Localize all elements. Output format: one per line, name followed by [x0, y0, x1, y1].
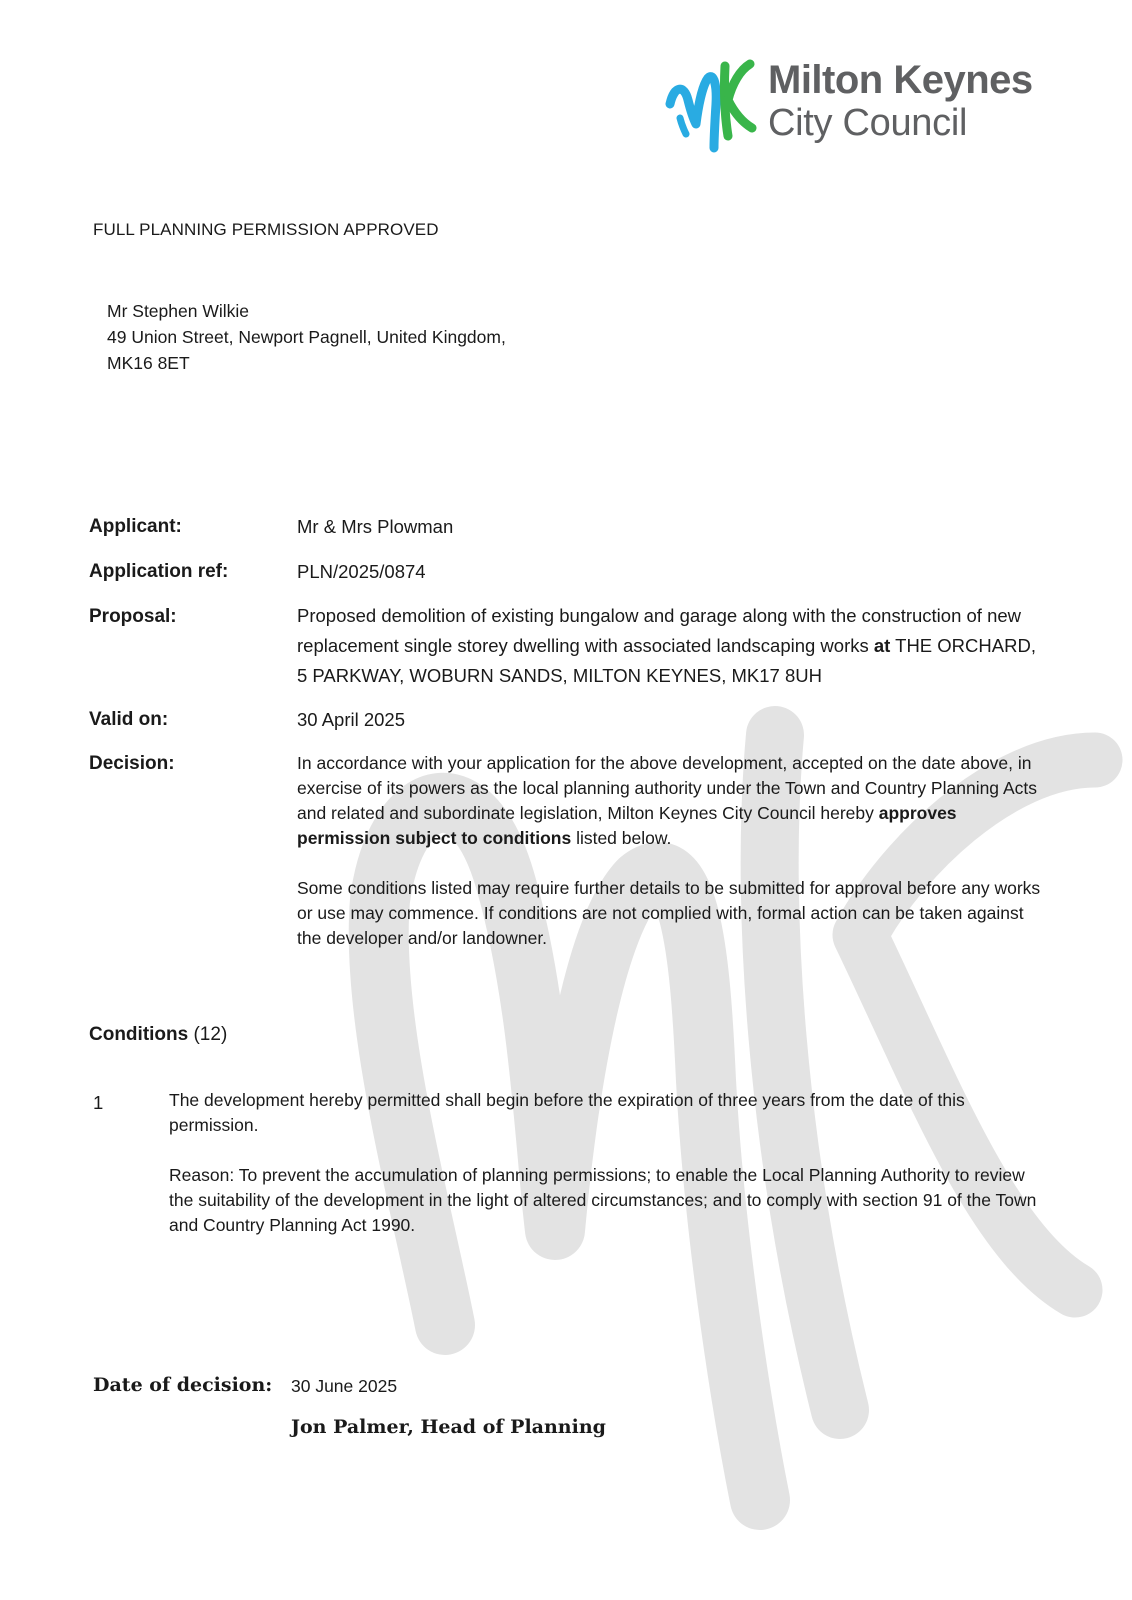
conditions-heading: Conditions (12) [89, 1024, 227, 1046]
recipient-address-line1: 49 Union Street, Newport Pagnell, United… [107, 324, 506, 350]
conditions-count: (12) [193, 1024, 227, 1045]
recipient-address: Mr Stephen Wilkie 49 Union Street, Newpo… [107, 298, 506, 376]
condition-number: 1 [93, 1092, 103, 1114]
conditions-heading-label: Conditions [89, 1024, 188, 1045]
proposal-text-bold: at [874, 635, 890, 656]
council-logo: Milton Keynes City Council [660, 56, 1060, 156]
condition-item: The development hereby permitted shall b… [169, 1088, 1039, 1263]
application-ref-value: PLN/2025/0874 [297, 557, 1042, 587]
condition-reason: Reason: To prevent the accumulation of p… [169, 1163, 1039, 1238]
applicant-label: Applicant: [89, 516, 182, 538]
decision-paragraph-2: Some conditions listed may require furth… [297, 876, 1042, 951]
council-name: Milton Keynes City Council [768, 60, 1033, 142]
signatory: Jon Palmer, Head of Planning [291, 1416, 606, 1438]
decision-paragraph-1-end: listed below. [571, 828, 671, 848]
applicant-value: Mr & Mrs Plowman [297, 512, 1042, 542]
valid-on-label: Valid on: [89, 709, 168, 731]
decision-label: Decision: [89, 753, 175, 775]
application-ref-label: Application ref: [89, 561, 228, 583]
council-name-line2: City Council [768, 104, 1033, 142]
valid-on-value: 30 April 2025 [297, 705, 1042, 735]
document-title: FULL PLANNING PERMISSION APPROVED [93, 220, 439, 240]
decision-text: In accordance with your application for … [297, 751, 1042, 976]
decision-paragraph-1: In accordance with your application for … [297, 751, 1042, 851]
mk-brush-logo-icon [660, 56, 760, 156]
recipient-name: Mr Stephen Wilkie [107, 298, 506, 324]
condition-text: The development hereby permitted shall b… [169, 1088, 1039, 1138]
proposal-label: Proposal: [89, 606, 177, 628]
recipient-address-line2: MK16 8ET [107, 350, 506, 376]
date-of-decision-label: Date of decision: [93, 1374, 272, 1396]
date-of-decision-value: 30 June 2025 [291, 1376, 397, 1397]
proposal-value: Proposed demolition of existing bungalow… [297, 601, 1042, 691]
council-name-line1: Milton Keynes [768, 60, 1033, 100]
